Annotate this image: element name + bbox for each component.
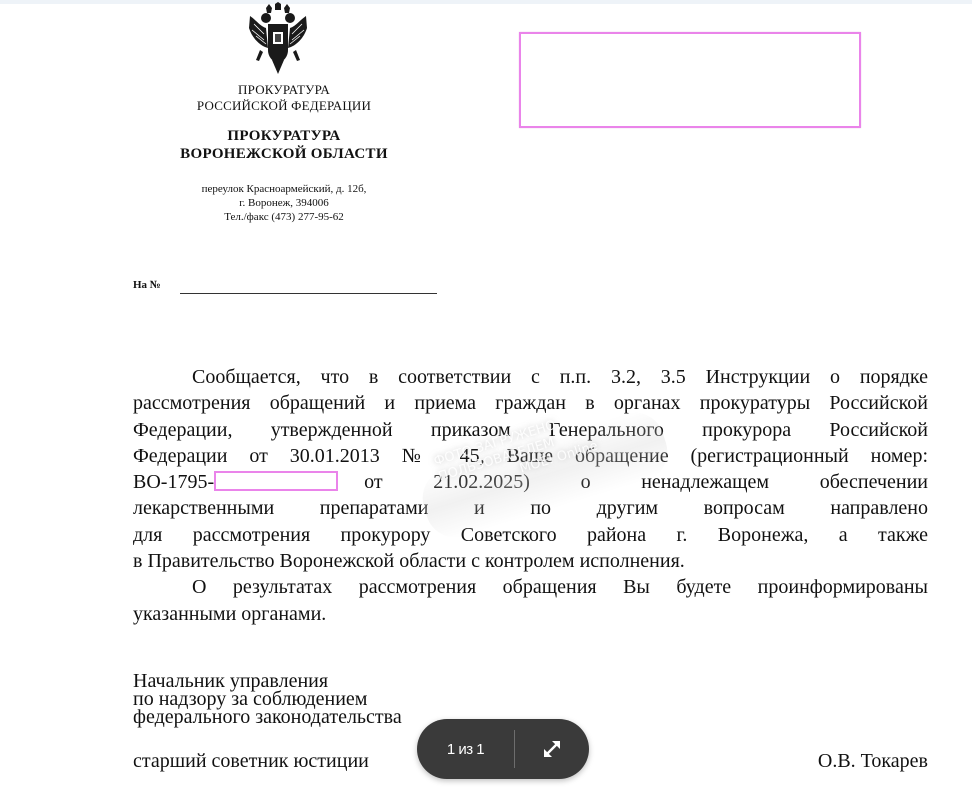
reg-prefix: ВО-1795-	[133, 471, 214, 493]
reg-number-redaction-box	[214, 471, 338, 491]
signatory-title-line-3: федерального законодательства	[133, 708, 402, 726]
org-header: ПРОКУРАТУРА РОССИЙСКОЙ ФЕДЕРАЦИИ	[150, 82, 418, 113]
address-city: г. Воронеж, 394006	[150, 196, 418, 210]
org-line-2: РОССИЙСКОЙ ФЕДЕРАЦИИ	[150, 98, 418, 114]
viewer-controls: 1 из 1	[417, 719, 589, 779]
reference-number-line	[180, 293, 437, 294]
address-phone: Тел./факс (473) 277-95-62	[150, 210, 418, 224]
body-line: в Правительство Воронежской области с ко…	[133, 548, 928, 574]
emblem-icon	[246, 2, 310, 78]
org-line-1: ПРОКУРАТУРА	[150, 82, 418, 98]
paragraph-2: О результатах рассмотрения обращения Вы …	[133, 574, 928, 627]
letter-body: Сообщается, что в соответствии с п.п. 3.…	[133, 364, 928, 627]
body-line: рассмотрения обращений и приема граждан …	[133, 390, 928, 416]
addressee-redaction-box	[519, 32, 861, 128]
page-counter[interactable]: 1 из 1	[417, 741, 514, 758]
address-block: переулок Красноармейский, д. 12б, г. Вор…	[150, 182, 418, 224]
viewer-top-strip	[0, 0, 972, 4]
reference-number-label: На №	[133, 279, 161, 291]
body-line: для рассмотрения прокурору Советского ра…	[133, 522, 928, 548]
reg-suffix: от 21.02.2025) о ненадлежащем обеспечени…	[364, 469, 928, 495]
body-line: Федерации от 30.01.2013 № 45, Ваше обращ…	[133, 443, 928, 469]
dept-header: ПРОКУРАТУРА ВОРОНЕЖСКОЙ ОБЛАСТИ	[150, 127, 418, 163]
paragraph-1: Сообщается, что в соответствии с п.п. 3.…	[133, 364, 928, 574]
body-line: лекарственными препаратами и по другим в…	[133, 495, 928, 521]
body-line: Федерации, утвержденной приказом Генерал…	[133, 417, 928, 443]
reg-number: ВО-1795-	[133, 469, 338, 495]
expand-icon	[541, 738, 563, 760]
expand-button[interactable]	[515, 719, 589, 779]
body-line: Сообщается, что в соответствии с п.п. 3.…	[133, 364, 928, 390]
address-street: переулок Красноармейский, д. 12б,	[150, 182, 418, 196]
body-line: указанными органами.	[133, 601, 928, 627]
signatory-rank: старший советник юстиции	[133, 750, 369, 773]
registration-line: ВО-1795- от 21.02.2025) о ненадлежащем о…	[133, 469, 928, 495]
dept-line-2: ВОРОНЕЖСКОЙ ОБЛАСТИ	[150, 145, 418, 163]
body-line: О результатах рассмотрения обращения Вы …	[133, 574, 928, 600]
dept-line-1: ПРОКУРАТУРА	[150, 127, 418, 145]
signatory-name: О.В. Токарев	[818, 750, 928, 773]
signatory-title: Начальник управления по надзору за соблю…	[133, 672, 402, 726]
